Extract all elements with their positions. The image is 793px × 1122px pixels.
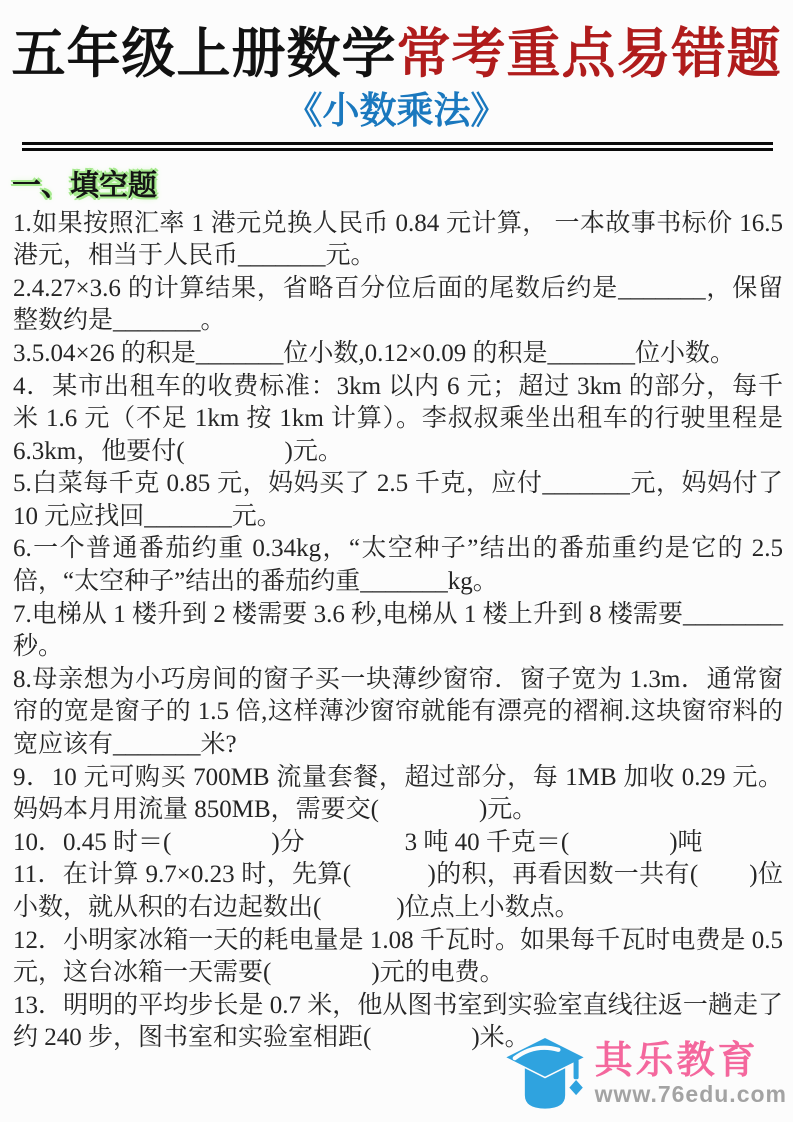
question-10: 10．0.45 时＝( )分 3 吨 40 千克＝( )吨 <box>13 827 783 860</box>
brand-logo: 其乐教育 www.76edu.com <box>503 1036 787 1114</box>
brand-website: www.76edu.com <box>595 1082 787 1107</box>
brand-name: 其乐教育 <box>595 1042 787 1080</box>
page-title: 五年级上册数学常考重点易错题 <box>0 26 793 83</box>
double-line-divider <box>22 142 773 151</box>
question-7: 7.电梯从 1 楼升到 2 楼需要 3.6 秒,电梯从 1 楼上升到 8 楼需要… <box>13 599 783 664</box>
question-8: 8.母亲想为小巧房间的窗子买一块薄纱窗帘．窗子宽为 1.3m．通常窗帘的宽是窗子… <box>13 664 783 762</box>
question-12: 12．小明家冰箱一天的耗电量是 1.08 千瓦时。如果每千瓦时电费是 0.5 元… <box>13 925 783 990</box>
question-2: 2.4.27×3.6 的计算结果，省略百分位后面的尾数后约是_______，保留… <box>13 273 783 338</box>
question-3: 3.5.04×26 的积是_______位小数,0.12×0.09 的积是___… <box>13 338 783 371</box>
brand-text-block: 其乐教育 www.76edu.com <box>595 1042 787 1107</box>
worksheet-page: 五年级上册数学常考重点易错题 《小数乘法》 一、填空题 1.如果按照汇率 1 港… <box>0 0 793 1122</box>
section-heading-fill-in-blanks: 一、填空题 <box>12 163 157 204</box>
question-9: 9．10 元可购买 700MB 流量套餐，超过部分，每 1MB 加收 0.29 … <box>13 762 783 827</box>
page-subtitle: 《小数乘法》 <box>0 93 793 132</box>
question-11: 11．在计算 9.7×0.23 时，先算( )的积，再看因数一共有( )位小数，… <box>13 859 783 924</box>
graduation-cap-icon <box>503 1036 587 1114</box>
title-grade-part: 五年级上册数学 <box>12 24 397 84</box>
worksheet-header: 五年级上册数学常考重点易错题 《小数乘法》 <box>0 26 793 151</box>
question-5: 5.白菜每千克 0.85 元，妈妈买了 2.5 千克，应付_______元，妈妈… <box>13 468 783 533</box>
question-1: 1.如果按照汇率 1 港元兑换人民币 0.84 元计算， 一本故事书标价 16.… <box>13 208 783 273</box>
question-6: 6.一个普通番茄约重 0.34kg，“太空种子”结出的番茄重约是它的 2.5 倍… <box>13 533 783 598</box>
title-topic-part: 常考重点易错题 <box>397 24 782 84</box>
questions-list: 1.如果按照汇率 1 港元兑换人民币 0.84 元计算， 一本故事书标价 16.… <box>0 208 793 1055</box>
question-4: 4．某市出租车的收费标准：3km 以内 6 元；超过 3km 的部分，每千米 1… <box>13 371 783 469</box>
